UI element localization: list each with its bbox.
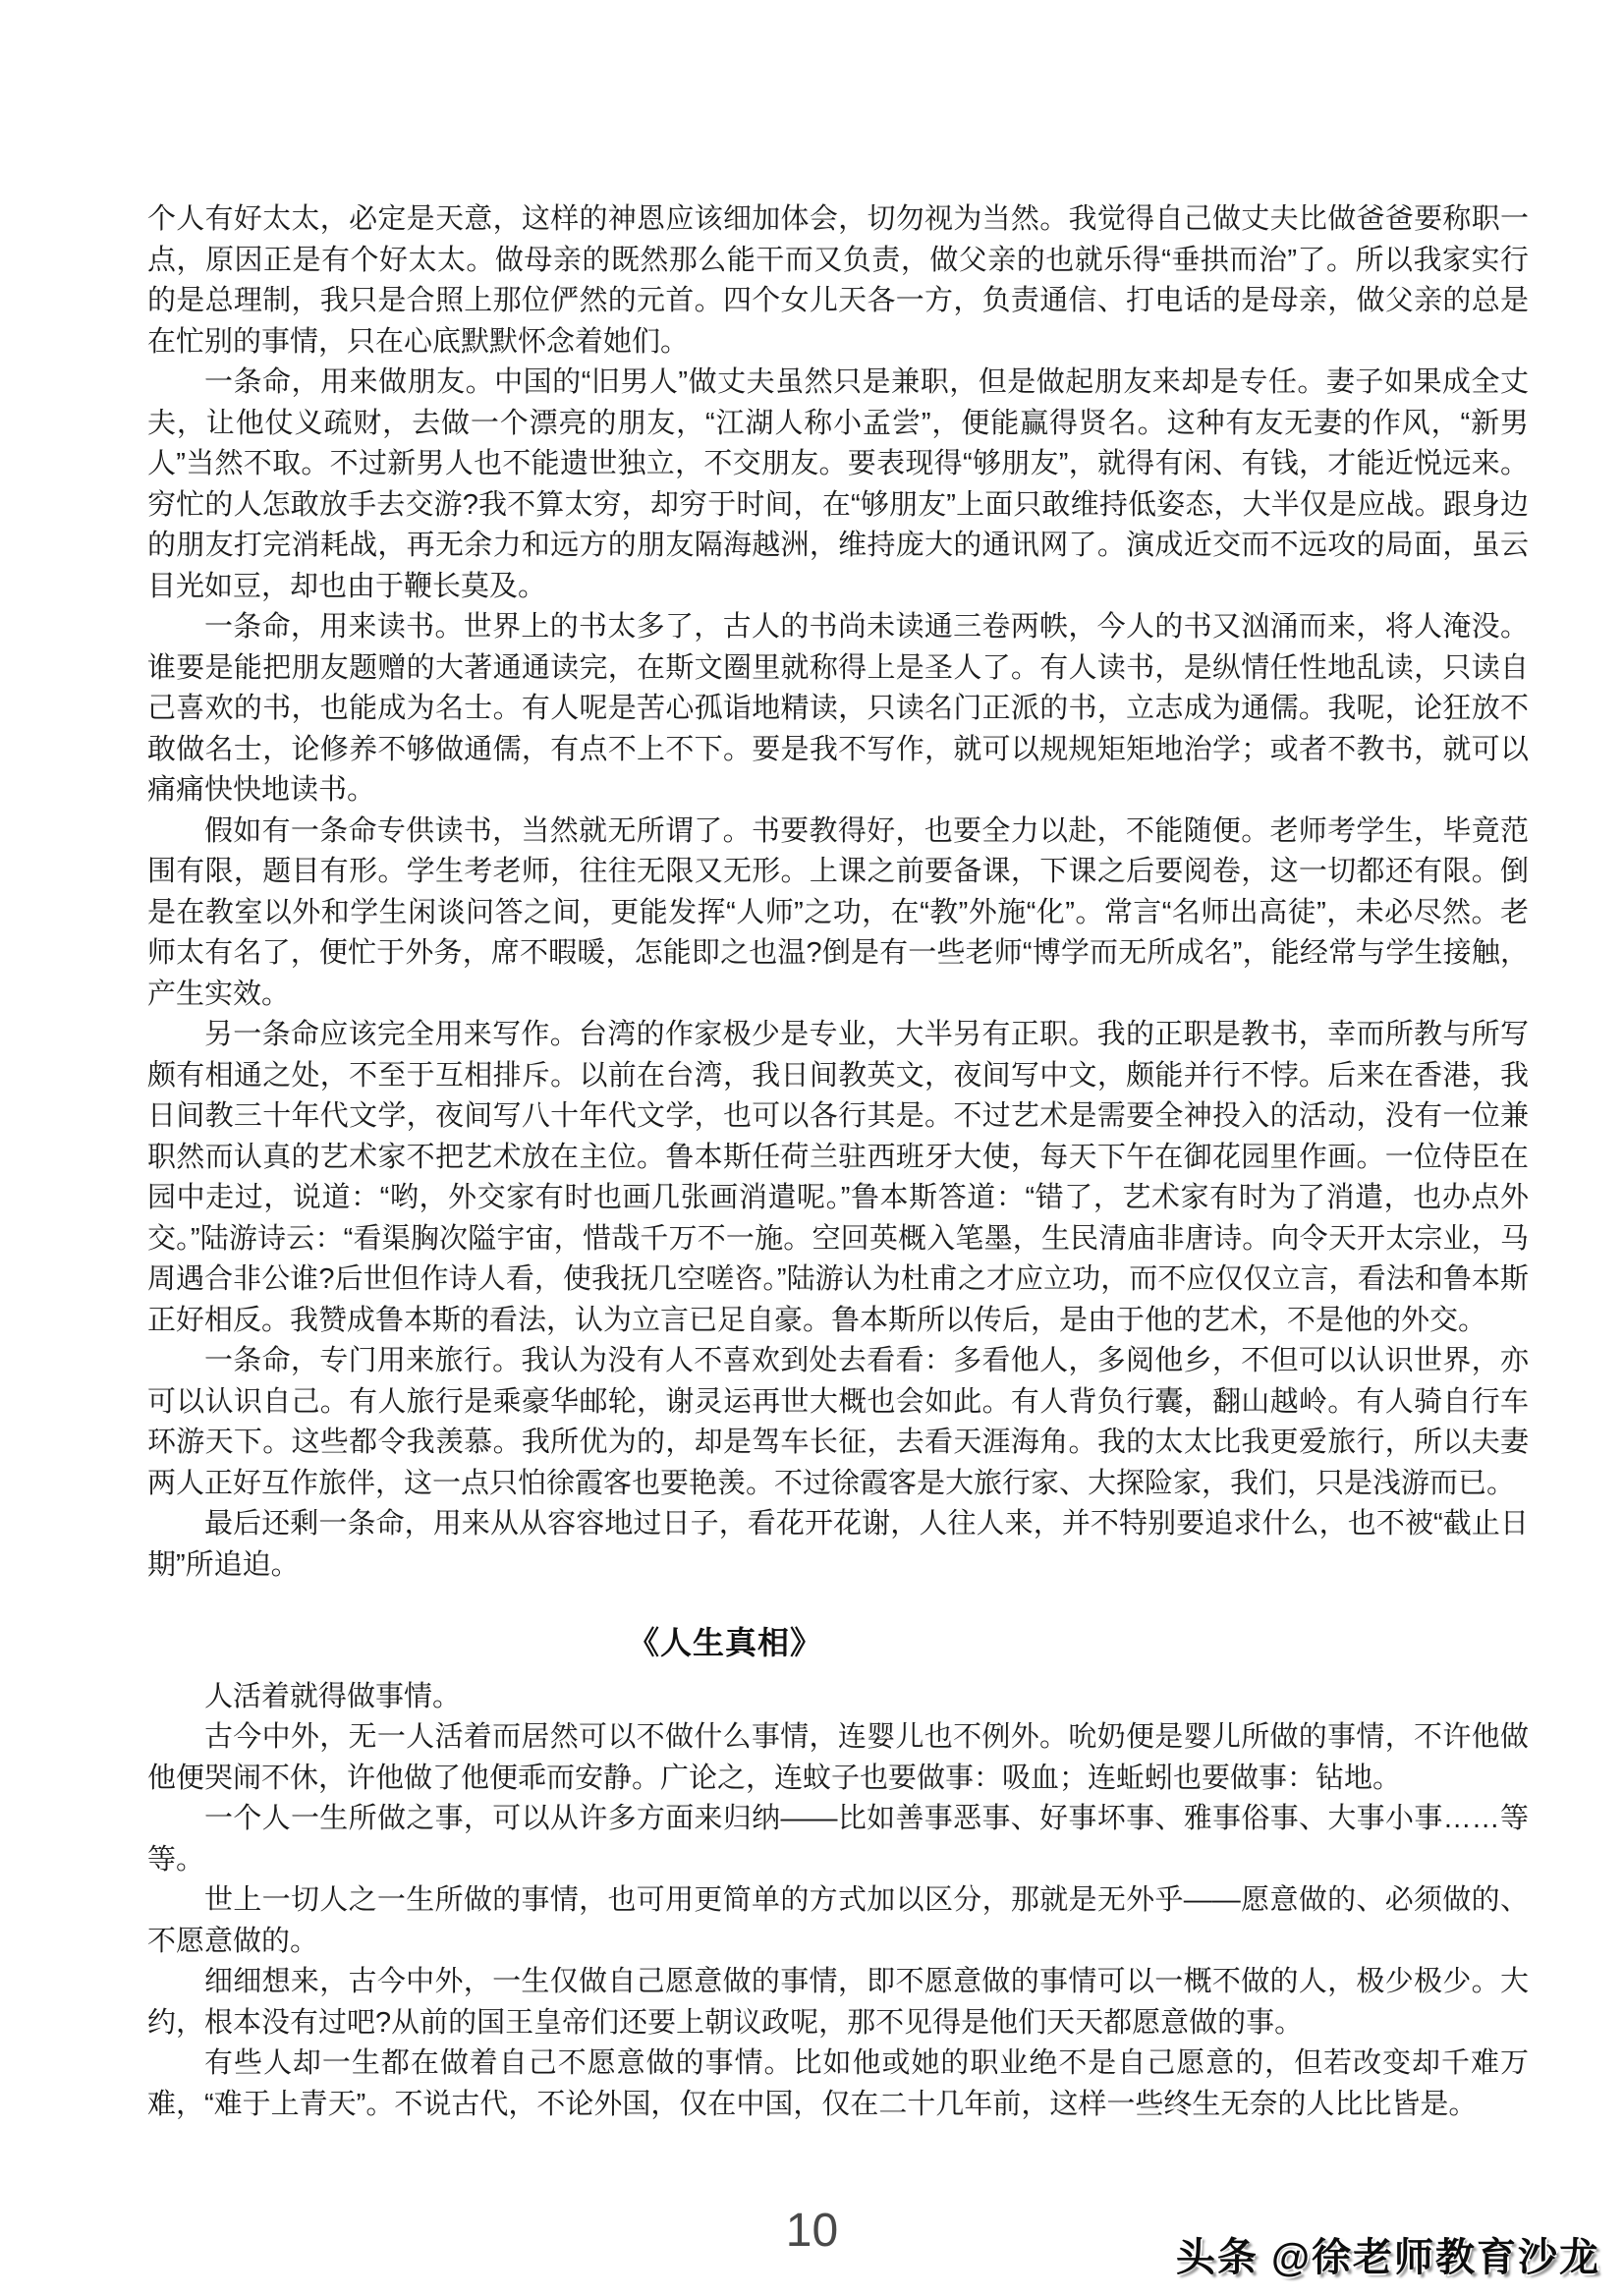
document-body: 个人有好太太，必定是天意，这样的神恩应该细加体会，切勿视为当然。我觉得自己做丈夫… xyxy=(147,199,1529,2125)
paragraph: 人活着就得做事情。 xyxy=(147,1677,1529,1718)
paragraph: 另一条命应该完全用来写作。台湾的作家极少是专业，大半另有正职。我的正职是教书，幸… xyxy=(147,1015,1529,1341)
paragraph: 世上一切人之一生所做的事情，也可用更简单的方式加以区分，那就是无外乎——愿意做的… xyxy=(147,1880,1529,1962)
essay-title: 《人生真相》 xyxy=(147,1623,1303,1664)
paragraph: 最后还剩一条命，用来从从容容地过日子，看花开花谢，人往人来，并不特别要追求什么，… xyxy=(147,1504,1529,1586)
paragraph: 细细想来，古今中外，一生仅做自己愿意做的事情，即不愿意做的事情可以一概不做的人，… xyxy=(147,1962,1529,2044)
toutiao-watermark: 头条 @徐老师教育沙龙 xyxy=(1176,2226,1600,2282)
paragraph: 一条命，专门用来旅行。我认为没有人不喜欢到处去看看：多看他人，多阅他乡，不但可以… xyxy=(147,1341,1529,1504)
paragraph: 古今中外，无一人活着而居然可以不做什么事情，连婴儿也不例外。吮奶便是婴儿所做的事… xyxy=(147,1717,1529,1799)
paragraph: 个人有好太太，必定是天意，这样的神恩应该细加体会，切勿视为当然。我觉得自己做丈夫… xyxy=(147,199,1529,363)
paragraph: 一条命，用来读书。世界上的书太多了，古人的书尚未读通三卷两帙，今人的书又汹涌而来… xyxy=(147,607,1529,812)
paragraph: 有些人却一生都在做着自己不愿意做的事情。比如他或她的职业绝不是自己愿意的，但若改… xyxy=(147,2044,1529,2125)
paragraph: 一个人一生所做之事，可以从许多方面来归纳——比如善事恶事、好事坏事、雅事俗事、大… xyxy=(147,1799,1529,1880)
document-page: { "page": { "number": "10", "watermark":… xyxy=(0,0,1624,2296)
paragraph: 假如有一条命专供读书，当然就无所谓了。书要教得好，也要全力以赴，不能随便。老师考… xyxy=(147,812,1529,1016)
paragraph: 一条命，用来做朋友。中国的“旧男人”做丈夫虽然只是兼职，但是做起朋友来却是专任。… xyxy=(147,363,1529,607)
